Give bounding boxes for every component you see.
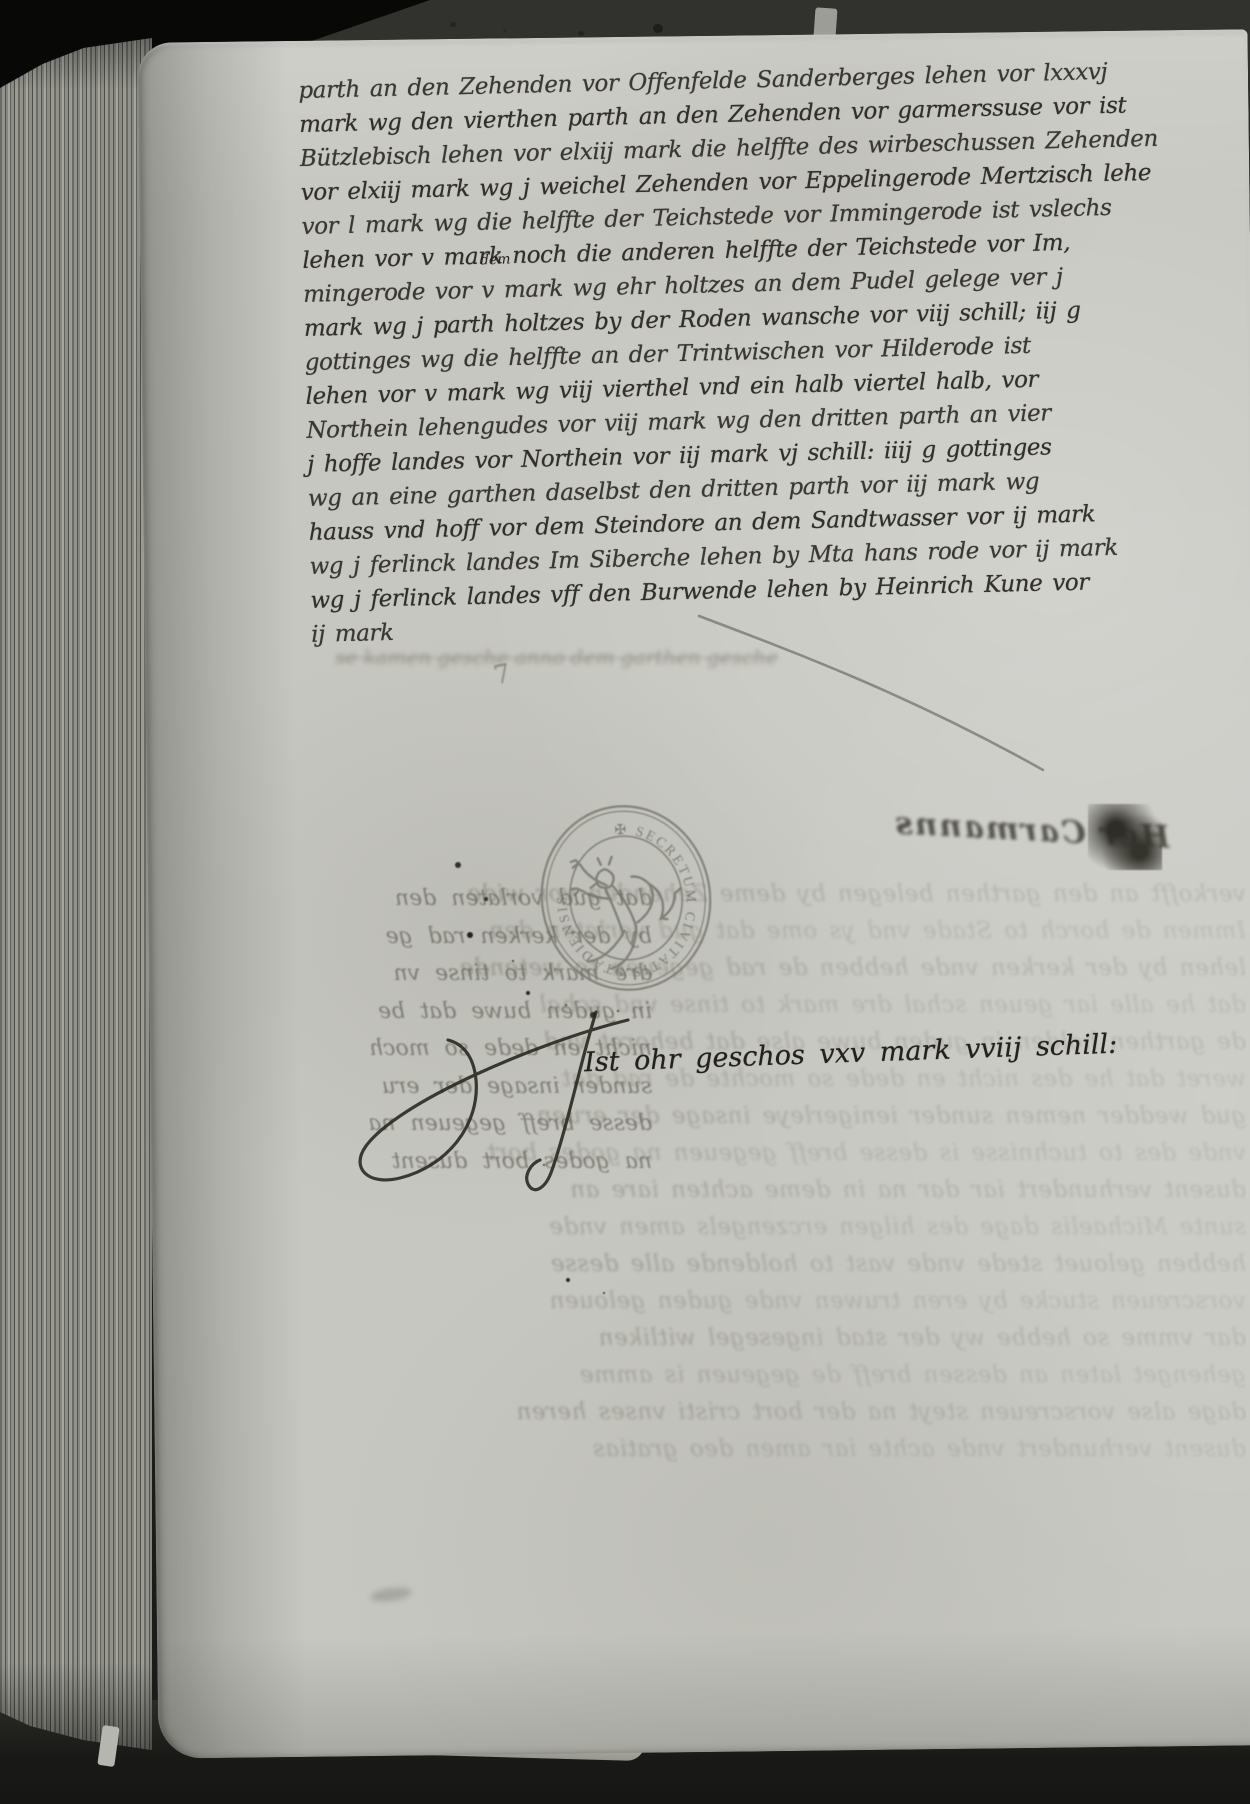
bleedthrough-line: dusent verhundert vnde achte iar amen de… (178, 1431, 1246, 1468)
page-stack-edges (0, 30, 152, 1752)
ink-specks-near-seal (455, 862, 461, 868)
city-seal-stamp: ✠ SECRETUM CIVITATIS STADIENSIS (521, 786, 730, 1010)
payment-initial-flourish (328, 1006, 638, 1201)
bleedthrough-line: sunte Michaelis dage des hilgen erczenge… (178, 1209, 1246, 1246)
ink-blot (1088, 804, 1162, 870)
bleedthrough-line: vorscreuen stucke by eren truwen vnde gu… (178, 1283, 1246, 1320)
bleedthrough-line: dage alse vorscreuen steyt na der bort c… (178, 1394, 1246, 1431)
manuscript-photo: parth an den Zehenden vor Offenfelde San… (0, 0, 1250, 1804)
main-text-block: parth an den Zehenden vor Offenfelde San… (298, 56, 1071, 652)
pen-flourish-stroke (695, 612, 1050, 777)
bleedthrough-line: dar vmme so hebbe wy der stad ingesegel … (178, 1320, 1246, 1357)
ink-specks-top-edge (450, 22, 456, 27)
bleedthrough-line: gehenget laten an dessen breff de gegeue… (178, 1357, 1246, 1394)
bleedthrough-line: hebben gelouet stede vnde vast to holden… (178, 1246, 1246, 1283)
superscript-word: dem (480, 251, 511, 268)
erased-line: se kamen gesche anno dem garthen gesche (335, 645, 715, 669)
